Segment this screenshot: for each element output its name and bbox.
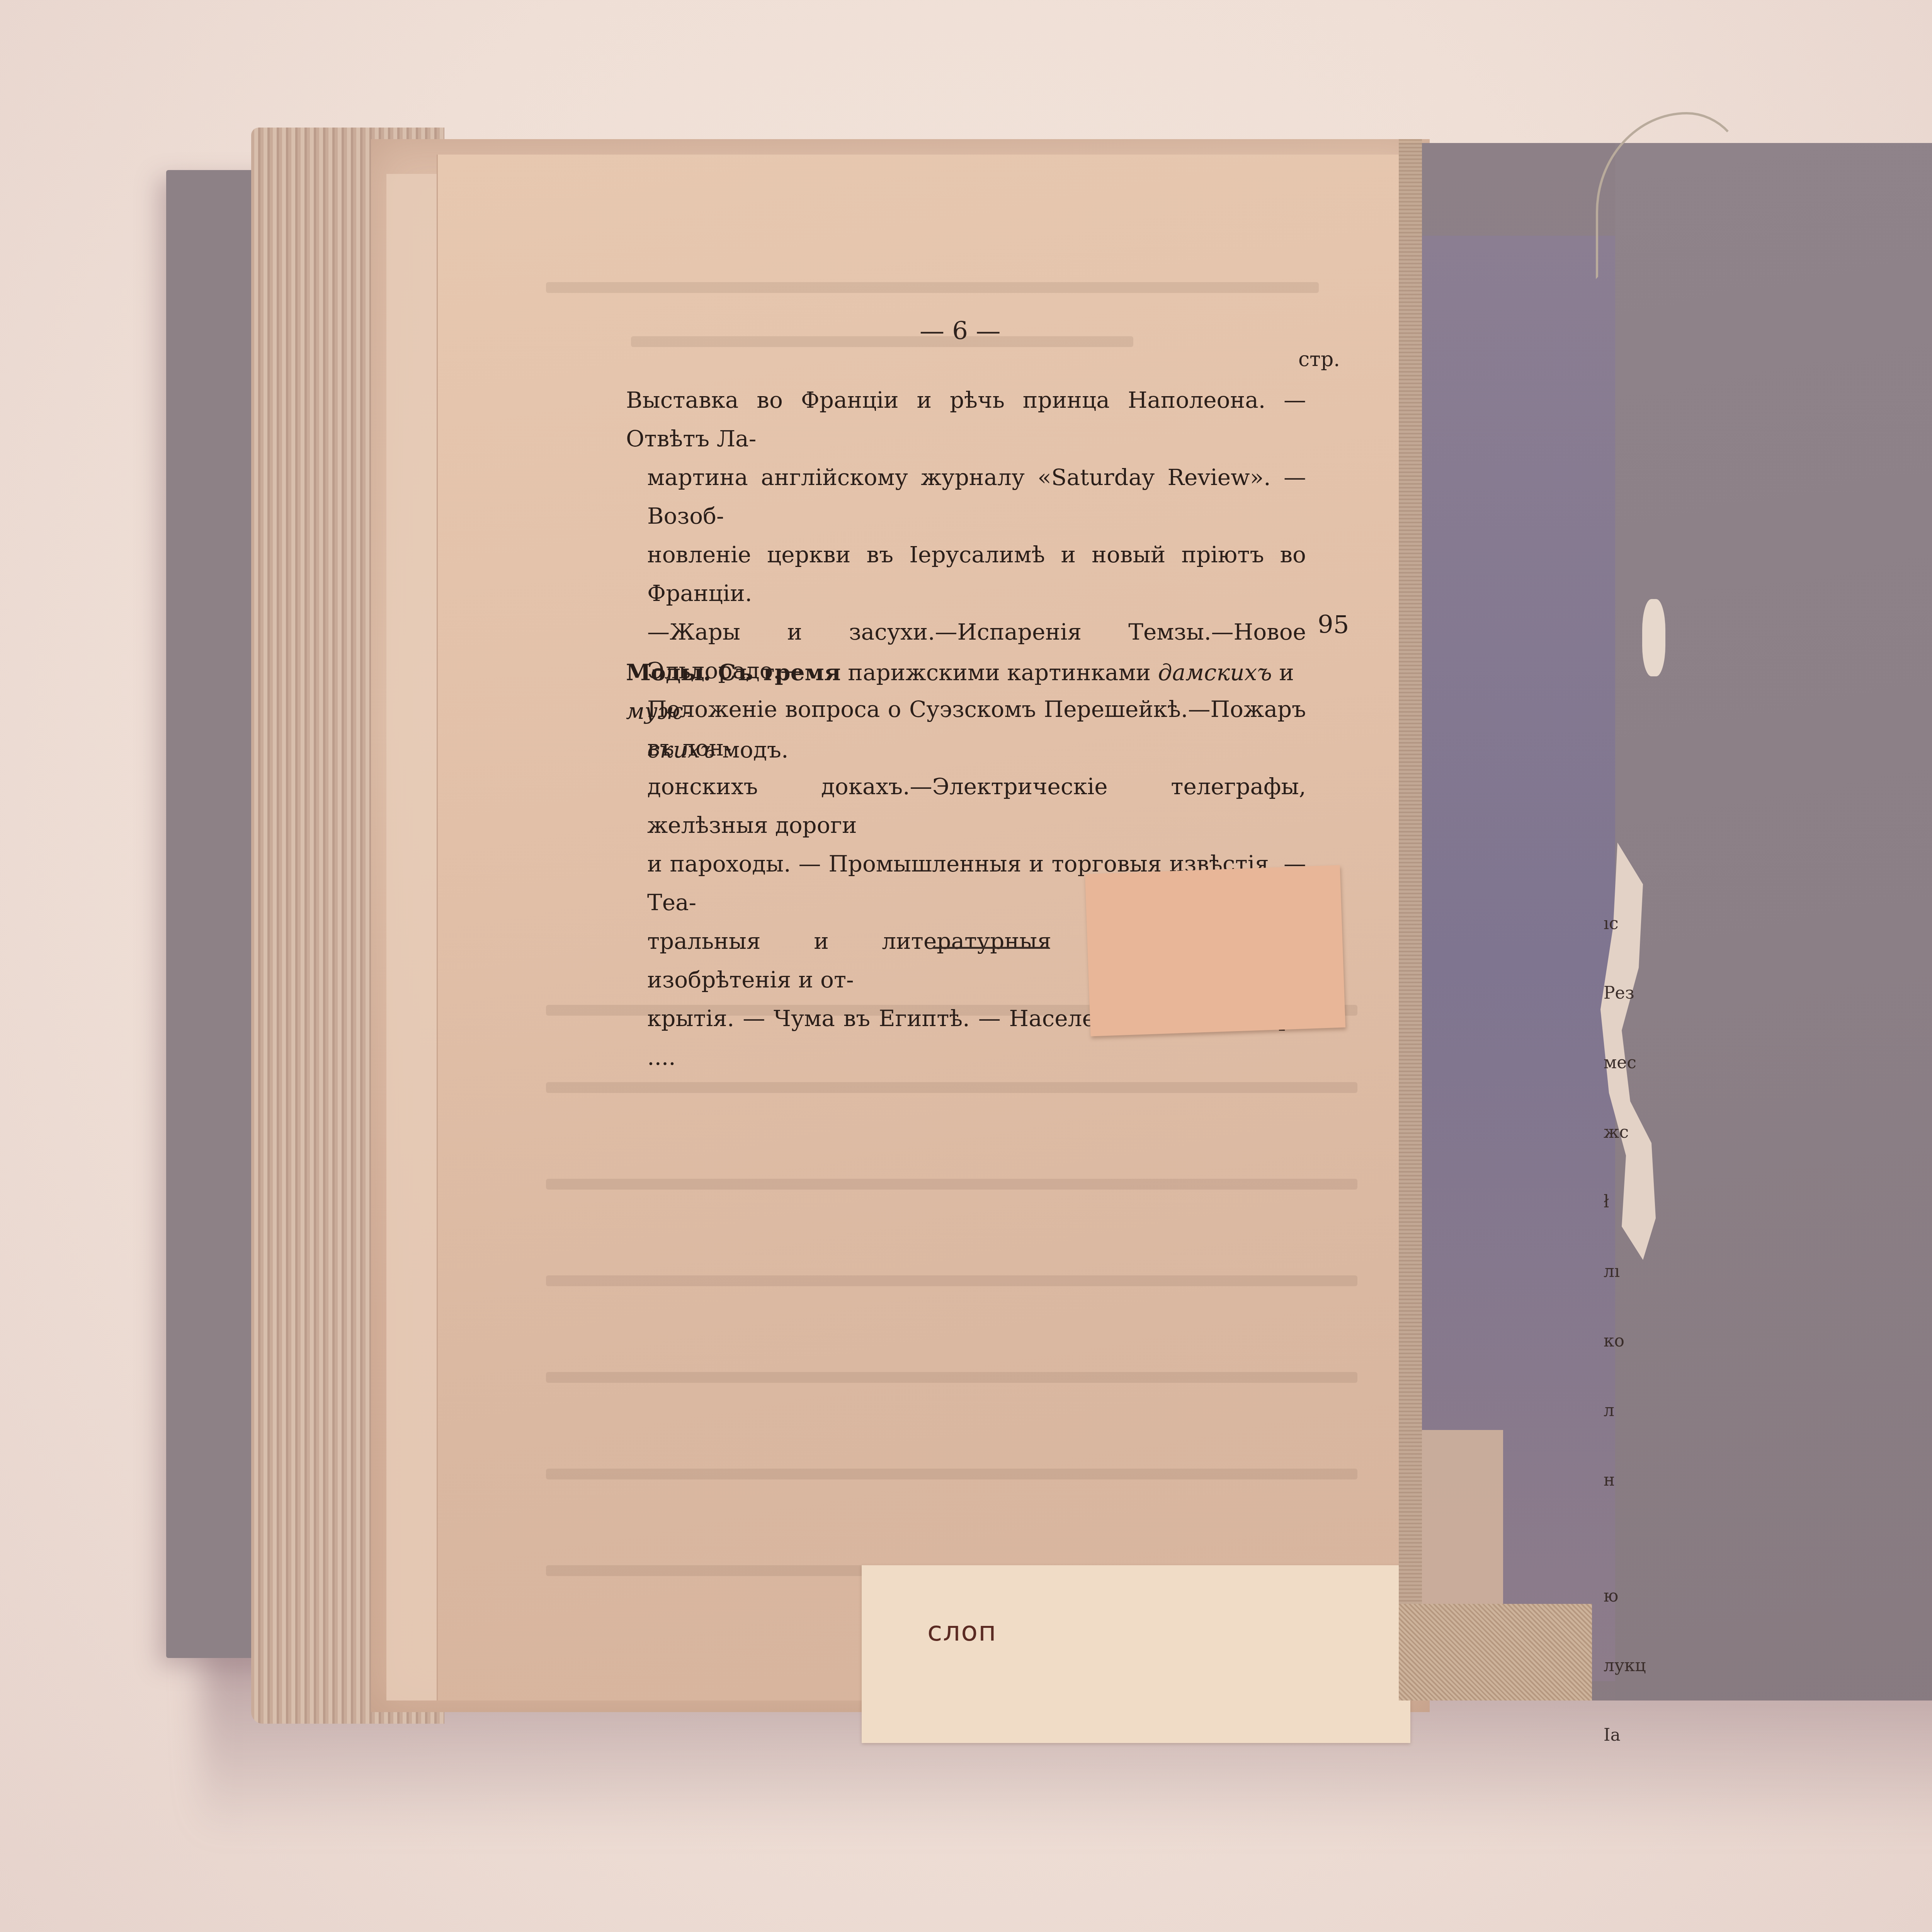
fragment-line: мес [1604, 1051, 1646, 1074]
fragment-line: Pез [1604, 982, 1646, 1005]
shelf-label-text: слоп [927, 1615, 997, 1647]
toc-line: мартина англійскому журналу «Saturday Re… [626, 458, 1306, 535]
fragment-line: н [1604, 1469, 1646, 1492]
fashion-line-1: Моды. Съ тремя парижскими картинками дам… [626, 653, 1306, 730]
fashion-entry: Моды. Съ тремя парижскими картинками дам… [626, 653, 1306, 769]
column-header-page: стр. [1298, 348, 1340, 371]
paper-patch [1085, 865, 1345, 1037]
fashion-text: и [1279, 659, 1294, 686]
fashion-line-2: скихъ модъ. [626, 730, 1306, 769]
toc-line: Выставка во Франціи и рѣчь принца Наполе… [626, 381, 1306, 458]
toc-line: новленіе церкви въ Іерусалимѣ и новый пр… [626, 535, 1306, 613]
fragment-line: жс [1604, 1121, 1646, 1144]
fragment-line: лукц [1604, 1654, 1646, 1677]
newsprint-fragment-text: ıс Pез мес жс ł лı ко л н ю лукц Іа [1604, 866, 1646, 1770]
fashion-lead: Моды. [626, 659, 711, 686]
loose-thread [1596, 112, 1747, 279]
shelf-label [862, 1565, 1410, 1743]
fashion-text: парижскими картинками [848, 659, 1151, 686]
spine-gauze [1399, 139, 1422, 1658]
fashion-phrase: Съ тремя [718, 659, 840, 686]
fragment-line: ко [1604, 1329, 1646, 1353]
left-paper-strip [386, 174, 440, 1701]
bleed-through-line [546, 1179, 1357, 1190]
section-rule [933, 947, 1049, 949]
fragment-line: ю [1604, 1585, 1646, 1608]
bleed-through-line [546, 1469, 1357, 1479]
fashion-italic: скихъ [647, 737, 715, 763]
bleed-through-line [546, 1082, 1357, 1093]
toc-page-ref: 95 [1318, 611, 1349, 639]
bleed-through-line [631, 336, 1133, 347]
bleed-through-line [546, 1372, 1357, 1383]
fragment-line: ıс [1604, 912, 1646, 935]
gauze-bottom [1399, 1604, 1592, 1701]
page-number: — 6 — [920, 317, 1000, 346]
fragment-line: ł [1604, 1190, 1646, 1214]
bleed-through-line [546, 1275, 1357, 1286]
bleed-through-line [546, 282, 1319, 293]
fragment-line: Іа [1604, 1724, 1646, 1747]
toc-line: донскихъ докахъ.—Электрическіе телеграфы… [626, 767, 1306, 844]
torn-spot [1642, 599, 1665, 676]
fashion-italic: муж- [626, 698, 690, 724]
fashion-text: модъ. [722, 737, 788, 763]
fragment-line: лı [1604, 1260, 1646, 1283]
fragment-line: л [1604, 1399, 1646, 1422]
fashion-italic: дамскихъ [1158, 659, 1272, 686]
right-cover-board [1615, 143, 1932, 1701]
